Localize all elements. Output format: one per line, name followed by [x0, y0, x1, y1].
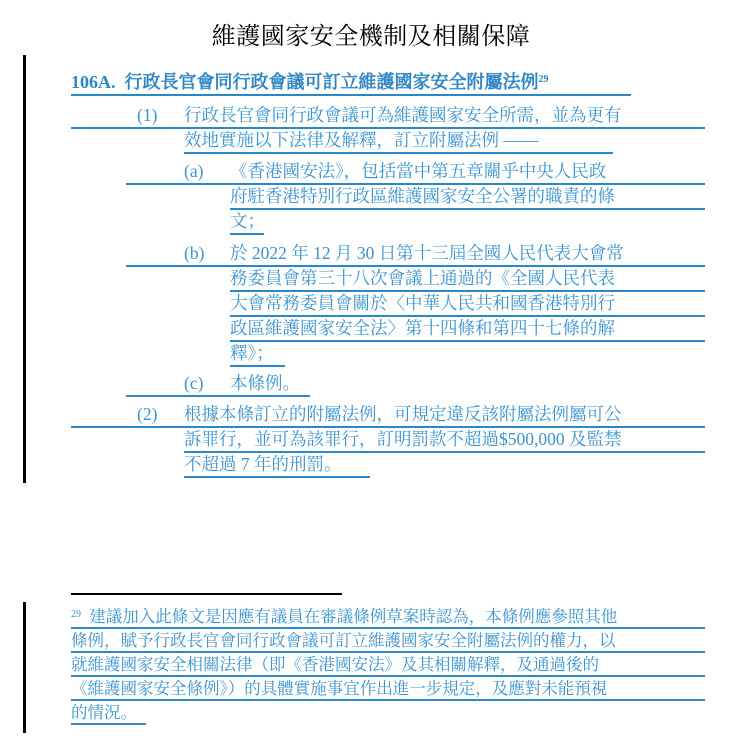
underline	[126, 395, 310, 397]
paragraph-b-line-1: 於 2022 年 12 月 30 日第十三屆全國人民代表大會常	[230, 242, 624, 264]
underline	[71, 699, 705, 701]
footnote-ref[interactable]: 29	[539, 74, 549, 85]
paragraph-c-line-1: 本條例。	[230, 372, 300, 394]
paragraph-b-line-3: 大會常務委員會關於〈中華人民共和國香港特別行	[230, 292, 615, 314]
paragraph-a-label: (a)	[184, 160, 203, 182]
section-title: 行政長官會同行政會議可訂立維護國家安全附屬法例	[125, 72, 539, 92]
underline	[184, 152, 613, 154]
subsection-2-line-2: 訴罪行，並可為該罪行，訂明罰款不超過$500,000 及監禁	[184, 428, 622, 450]
paragraph-b-line-4: 政區維護國家安全法〉第十四條和第四十七條的解	[230, 317, 615, 339]
subsection-1-line-1: 行政長官會同行政會議可為維護國家安全所需，並為更有	[184, 104, 622, 126]
footnote-line-3: 就維護國家安全相關法律（即《香港國安法》及其相關解釋，及通過後的	[71, 654, 599, 676]
underline	[71, 651, 705, 653]
paragraph-b-line-5: 釋》；	[230, 342, 274, 364]
underline	[71, 723, 146, 725]
underline	[71, 675, 705, 677]
footnote-line-1: 29 建議加入此條文是因應有議員在審議條例草案時認為，本條例應參照其他	[71, 606, 617, 628]
page-title: 維護國家安全機制及相關保障	[0, 16, 742, 51]
paragraph-b-line-2: 務委員會第三十八次會議上通過的《全國人民代表	[230, 267, 615, 289]
underline	[230, 365, 285, 367]
paragraph-a-line-3: 文；	[230, 210, 265, 232]
paragraph-c-label: (c)	[184, 372, 203, 394]
subsection-1-label: (1)	[137, 104, 157, 126]
underline	[71, 627, 705, 629]
subsection-2-line-3: 不超過 7 年的刑罰。	[184, 453, 342, 475]
change-bar-main	[23, 55, 26, 483]
section-heading: 106A. 行政長官會同行政會議可訂立維護國家安全附屬法例29	[71, 71, 549, 93]
heading-underline	[71, 94, 631, 96]
underline	[230, 208, 705, 210]
change-bar-footnote	[23, 602, 26, 733]
section-number: 106A.	[71, 72, 116, 92]
subsection-2-line-1: 根據本條訂立的附屬法例，可規定違反該附屬法例屬可公	[184, 403, 622, 425]
paragraph-a-line-2: 府駐香港特別行政區維護國家安全公署的職責的條	[230, 185, 615, 207]
underline	[230, 340, 705, 342]
paragraph-b-label: (b)	[184, 242, 204, 264]
footnote-line-5: 的情況。	[71, 702, 137, 724]
subsection-1-line-2: 效地實施以下法律及解釋，訂立附屬法例 ——	[184, 129, 538, 151]
footnote-line-2: 條例，賦予行政長官會同行政會議可訂立維護國家安全附屬法例的權力，以	[71, 630, 616, 652]
underline	[184, 476, 370, 478]
underline	[230, 233, 264, 235]
footnote-separator	[71, 593, 342, 595]
footnote-text: 建議加入此條文是因應有議員在審議條例草案時認為，本條例應參照其他	[89, 607, 617, 626]
footnote-number: 29	[71, 609, 81, 620]
paragraph-a-line-1: 《香港國安法》，包括當中第五章關乎中央人民政	[230, 160, 606, 182]
footnote-line-4: 《維護國家安全條例》）的具體實施事宜作出進一步規定，及應對未能預視	[71, 678, 607, 700]
subsection-2-label: (2)	[137, 403, 157, 425]
